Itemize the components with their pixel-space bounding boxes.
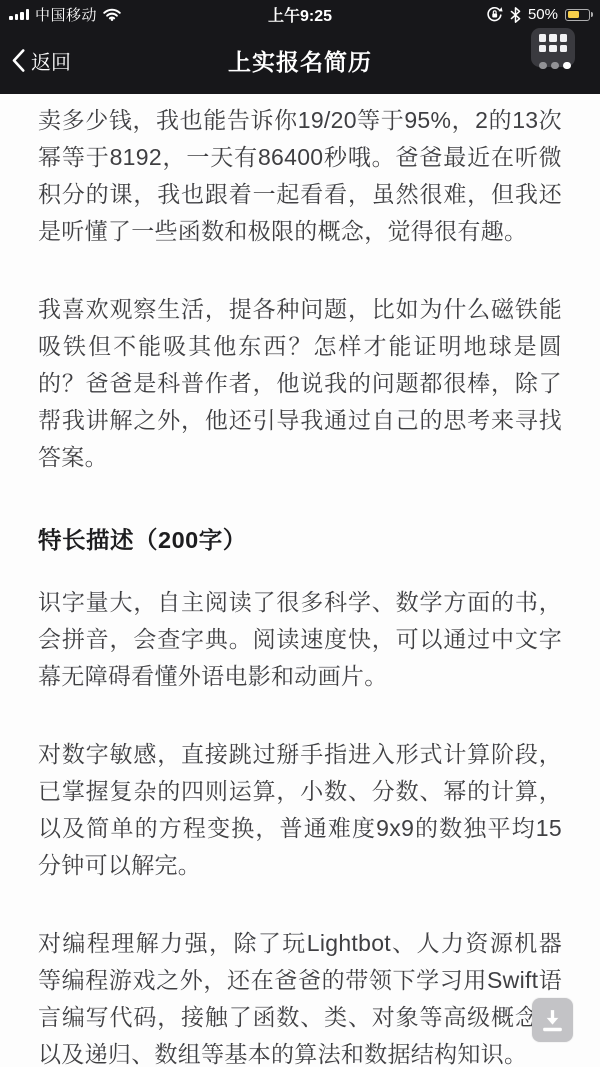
paragraph-4: 对数字敏感，直接跳过掰手指进入形式计算阶段，已掌握复杂的四则运算，小数、分数、幂… bbox=[38, 736, 562, 884]
paragraph-3: 识字量大，自主阅读了很多科学、数学方面的书，会拼音，会查字典。阅读速度快，可以通… bbox=[38, 584, 562, 695]
battery-fill bbox=[568, 11, 579, 18]
chevron-left-icon bbox=[12, 49, 25, 72]
bluetooth-icon bbox=[510, 7, 521, 23]
paragraph-1: 卖多少钱，我也能告诉你19/20等于95%，2的13次幂等于8192，一天有86… bbox=[38, 102, 562, 250]
battery-icon bbox=[565, 9, 593, 21]
paragraph-5: 对编程理解力强，除了玩Lightbot、人力资源机器等编程游戏之外，还在爸爸的带… bbox=[38, 925, 562, 1067]
page-title: 上实报名简历 bbox=[0, 44, 600, 77]
wifi-icon bbox=[103, 8, 121, 21]
nav-bar: 返回 上实报名简历 bbox=[0, 27, 600, 94]
phone-screen: 中国移动 上午9:25 50% bbox=[0, 0, 600, 1067]
battery-percent-label: 50% bbox=[528, 6, 558, 23]
status-bar-right: 50% bbox=[486, 6, 593, 23]
cellular-signal-icon bbox=[9, 9, 29, 20]
status-bar: 中国移动 上午9:25 50% bbox=[0, 0, 600, 27]
orientation-lock-icon bbox=[486, 6, 503, 23]
article-content: 卖多少钱，我也能告诉你19/20等于95%，2的13次幂等于8192，一天有86… bbox=[0, 94, 600, 1067]
grid-menu-button[interactable] bbox=[531, 28, 575, 67]
grid-menu-icon bbox=[531, 28, 575, 52]
back-button-label: 返回 bbox=[31, 46, 71, 75]
grid-menu-dots bbox=[539, 62, 571, 70]
carrier-label: 中国移动 bbox=[35, 4, 97, 25]
download-icon bbox=[540, 1007, 565, 1034]
paragraph-2: 我喜欢观察生活，提各种问题，比如为什么磁铁能吸铁但不能吸其他东西？怎样才能证明地… bbox=[38, 291, 562, 476]
download-button[interactable] bbox=[532, 998, 573, 1042]
status-bar-left: 中国移动 bbox=[9, 4, 121, 25]
back-button[interactable]: 返回 bbox=[0, 27, 83, 94]
section-heading: 特长描述（200字） bbox=[38, 522, 562, 559]
